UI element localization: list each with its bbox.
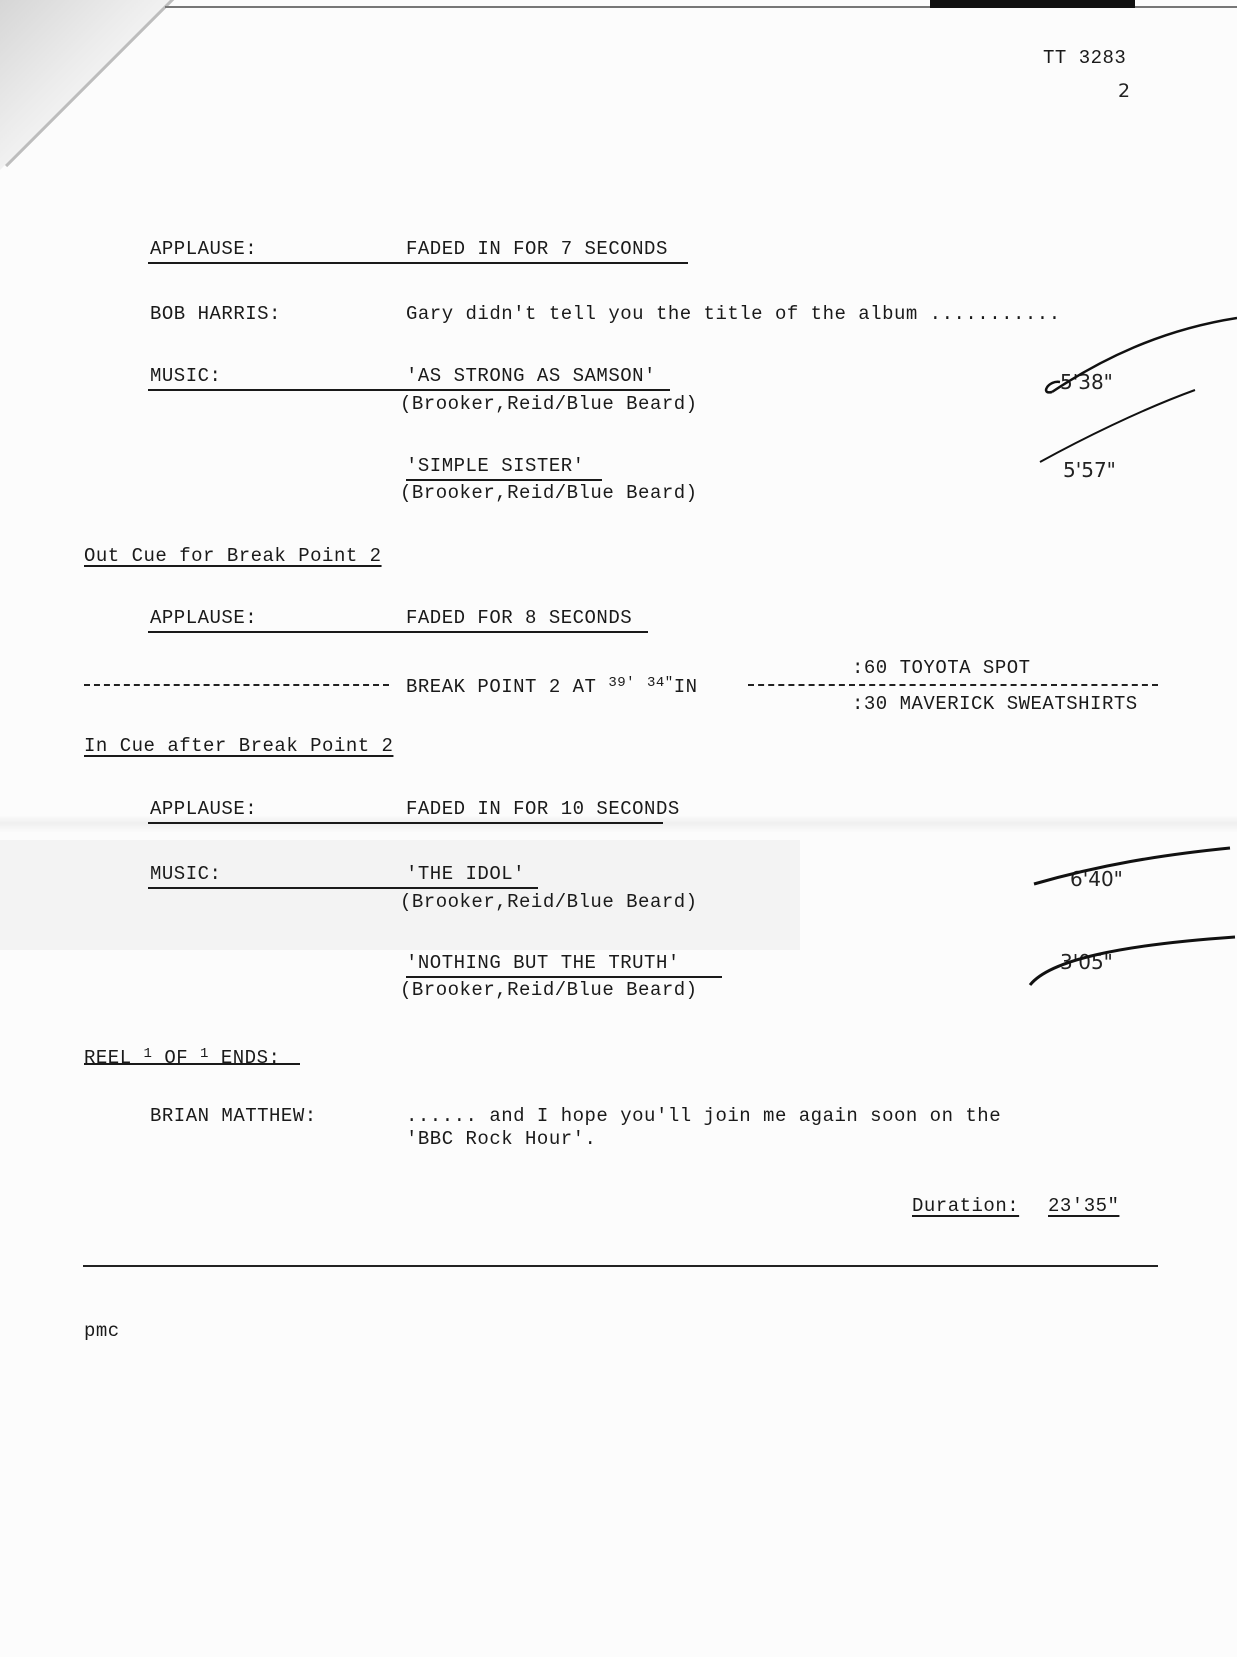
script-page: TT 3283 2 APPLAUSE: FADED IN FOR 7 SECON… [0,0,1237,1657]
handwritten-tick-marks [0,0,1237,1657]
